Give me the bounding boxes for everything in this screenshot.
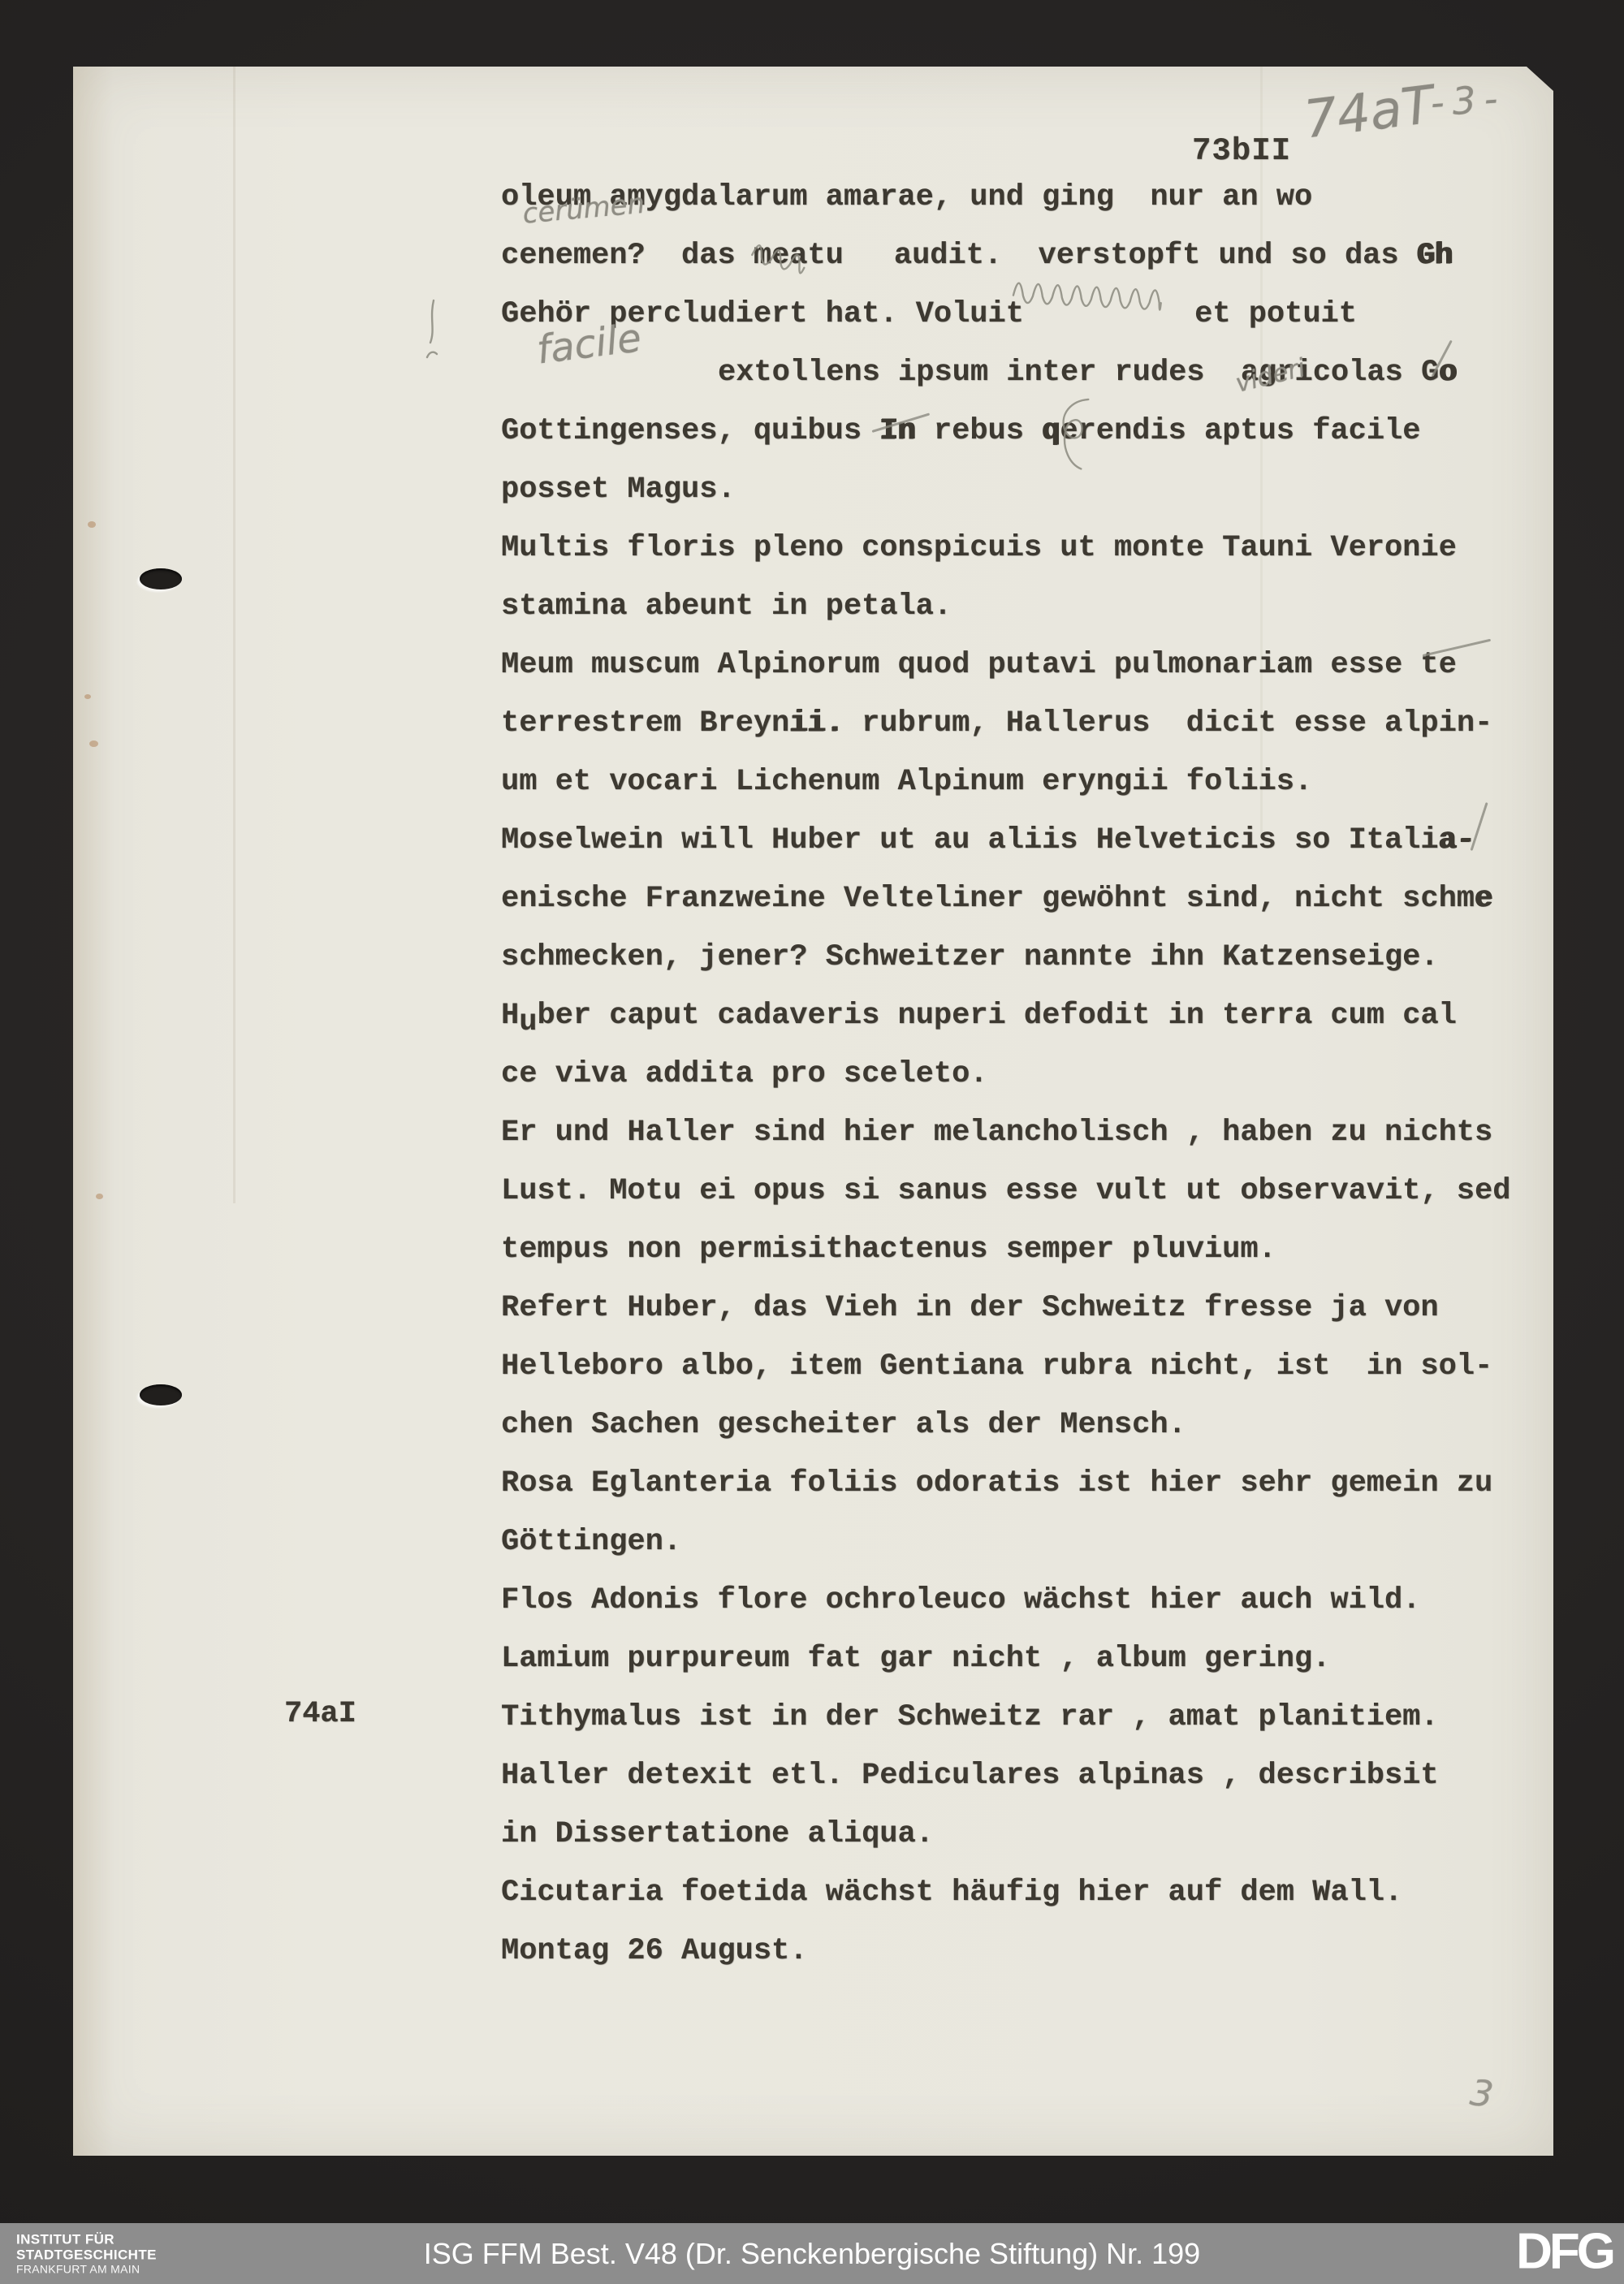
typed-line: Lamium purpureum fat gar nicht , album g… bbox=[501, 1642, 1330, 1676]
typed-segment: enische Franzweine Velteliner gewöhnt si… bbox=[501, 882, 1475, 916]
typed-segment: Lamium purpureum fat gar nicht , album g… bbox=[501, 1642, 1330, 1676]
typed-segment: ber caput cadaveris nuperi defodit in te… bbox=[537, 999, 1456, 1033]
typed-segment: in Dissertatione aliqua. bbox=[501, 1817, 934, 1851]
typed-segment: tempus non permisithactenus semper pluvi… bbox=[501, 1233, 1276, 1267]
typed-segment: posset Magus. bbox=[501, 473, 736, 507]
pencil-scribble bbox=[422, 297, 440, 372]
typed-line: Refert Huber, das Vieh in der Schweitz f… bbox=[501, 1291, 1439, 1325]
archive-reference: ISG FFM Best. V48 (Dr. Senckenbergische … bbox=[424, 2237, 1200, 2271]
scan-background: 73bII 74aT -3- 74aI 3 oleum amygdalarum … bbox=[0, 0, 1624, 2284]
typed-segment: a- bbox=[1439, 823, 1475, 857]
typed-line: Montag 26 August. bbox=[501, 1934, 807, 1968]
typed-line: cenemen? das meatuaudit. verstopft und s… bbox=[501, 239, 1453, 273]
typed-line: posset Magus. bbox=[501, 473, 736, 507]
typed-segment: Multis floris pleno conspicuis ut monte … bbox=[501, 531, 1457, 565]
typed-segment: Tithymalus ist in der Schweitz rar , ama… bbox=[501, 1700, 1439, 1734]
margin-note: 74aI bbox=[284, 1697, 356, 1731]
typed-line: chen Sachen gescheiter als der Mensch. bbox=[501, 1408, 1186, 1442]
typed-segment: Göttingen. bbox=[501, 1525, 681, 1559]
typed-segment: terrestrem Breyn bbox=[501, 706, 789, 740]
paper-stain bbox=[89, 740, 98, 747]
typed-segment: rebus bbox=[916, 414, 1042, 448]
typed-line: schmecken, jener? Schweitzer nannte ihn … bbox=[501, 940, 1439, 974]
typed-segment: Gh bbox=[1417, 239, 1453, 273]
typed-segment: extollens ipsum inter rudes agricolas G bbox=[718, 356, 1439, 390]
typed-segment: stamina abeunt in petala. bbox=[501, 589, 952, 624]
typed-line: Moselwein will Huber ut au aliis Helveti… bbox=[501, 823, 1475, 857]
pencil-scribble bbox=[1048, 391, 1095, 473]
typed-line: ce viva addita pro sceleto. bbox=[501, 1057, 988, 1091]
typed-segment: ii. bbox=[789, 706, 844, 740]
typed-segment: e bbox=[1475, 882, 1492, 916]
punch-hole bbox=[140, 568, 182, 589]
institute-line: STADTGESCHICHTE bbox=[16, 2247, 157, 2262]
paper-stain bbox=[88, 521, 96, 528]
typed-line: Cicutaria foetida wächst häufig hier auf… bbox=[501, 1876, 1402, 1910]
typed-line: Rosa Eglanteria foliis odoratis ist hier… bbox=[501, 1466, 1492, 1500]
typed-line: stamina abeunt in petala. bbox=[501, 589, 952, 624]
footer-bar: INSTITUT FÜR STADTGESCHICHTE FRANKFURT A… bbox=[0, 2223, 1624, 2284]
typed-line: Meum muscum Alpinorum quod putavi pulmon… bbox=[501, 648, 1457, 682]
typed-segment: erendis aptus facile bbox=[1060, 414, 1420, 448]
paper-crease bbox=[233, 67, 235, 1203]
typed-segment: Cicutaria foetida wächst häufig hier auf… bbox=[501, 1876, 1402, 1910]
typed-segment: audit. verstopft und so das bbox=[894, 239, 1417, 273]
typed-segment: Lust. Motu ei opus si sanus esse vult ut… bbox=[501, 1174, 1510, 1208]
typed-line: Flos Adonis flore ochroleuco wächst hier… bbox=[501, 1583, 1420, 1617]
pencil-page-number: -3- bbox=[1429, 76, 1507, 125]
typed-segment: Helleboro albo, item Gentiana rubra nich… bbox=[501, 1349, 1492, 1384]
typed-segment: ce viva addita pro sceleto. bbox=[501, 1057, 988, 1091]
typed-line: terrestrem Breynii. rubrum, Hallerus dic… bbox=[501, 706, 1492, 740]
paper-stain bbox=[96, 1194, 103, 1199]
institute-line: FRANKFURT AM MAIN bbox=[16, 2262, 157, 2276]
typed-segment: Moselwein will Huber ut au aliis Helveti… bbox=[501, 823, 1439, 857]
typed-line: um et vocari Lichenum Alpinum eryngii fo… bbox=[501, 765, 1312, 799]
punch-hole bbox=[140, 1384, 182, 1405]
typed-segment: Gottingenses, quibus bbox=[501, 414, 879, 448]
archive-logo-text: INSTITUT FÜR STADTGESCHICHTE FRANKFURT A… bbox=[16, 2231, 157, 2276]
typed-line: enische Franzweine Velteliner gewöhnt si… bbox=[501, 882, 1492, 916]
typed-line: in Dissertatione aliqua. bbox=[501, 1817, 934, 1851]
typed-line: Lust. Motu ei opus si sanus esse vult ut… bbox=[501, 1174, 1510, 1208]
typed-segment: H bbox=[501, 999, 519, 1033]
typed-segment: chen Sachen gescheiter als der Mensch. bbox=[501, 1408, 1186, 1442]
typed-segment: Meum muscum Alpinorum quod putavi pulmon… bbox=[501, 648, 1457, 682]
typed-segment: Er und Haller sind hier melancholisch , … bbox=[501, 1116, 1492, 1150]
typed-line: Tithymalus ist in der Schweitz rar , ama… bbox=[501, 1700, 1439, 1734]
typed-segment: u bbox=[519, 1005, 537, 1039]
typed-line: Göttingen. bbox=[501, 1525, 681, 1559]
typed-line: Multis floris pleno conspicuis ut monte … bbox=[501, 531, 1457, 565]
paper-stain bbox=[84, 694, 91, 699]
typed-line: extollens ipsum inter rudes agricolas Go bbox=[718, 356, 1457, 390]
typed-segment: Montag 26 August. bbox=[501, 1934, 807, 1968]
typed-segment: Haller detexit etl. Pediculares alpinas … bbox=[501, 1759, 1439, 1793]
typed-line: Huber caput cadaveris nuperi defodit in … bbox=[501, 999, 1457, 1033]
typed-line: tempus non permisithactenus semper pluvi… bbox=[501, 1233, 1276, 1267]
dfg-logo: DFG bbox=[1516, 2222, 1613, 2280]
typed-segment: Refert Huber, das Vieh in der Schweitz f… bbox=[501, 1291, 1439, 1325]
typed-segment: rubrum, Hallerus dicit esse alpin- bbox=[844, 706, 1492, 740]
typed-segment: et potuit bbox=[1194, 297, 1357, 331]
typed-segment: Flos Adonis flore ochroleuco wächst hier… bbox=[501, 1583, 1420, 1617]
page-ref-typed: 73bII bbox=[1192, 133, 1291, 169]
typed-line: Gottingenses, quibus In rebus qerendis a… bbox=[501, 414, 1420, 448]
typed-segment: Rosa Eglanteria foliis odoratis ist hier… bbox=[501, 1466, 1492, 1500]
typed-line: Haller detexit etl. Pediculares alpinas … bbox=[501, 1759, 1439, 1793]
institute-line: INSTITUT FÜR bbox=[16, 2231, 157, 2247]
typed-line: Helleboro albo, item Gentiana rubra nich… bbox=[501, 1349, 1492, 1384]
typed-line: Er und Haller sind hier melancholisch , … bbox=[501, 1116, 1492, 1150]
typed-segment: um et vocari Lichenum Alpinum eryngii fo… bbox=[501, 765, 1312, 799]
typed-segment: schmecken, jener? Schweitzer nannte ihn … bbox=[501, 940, 1439, 974]
